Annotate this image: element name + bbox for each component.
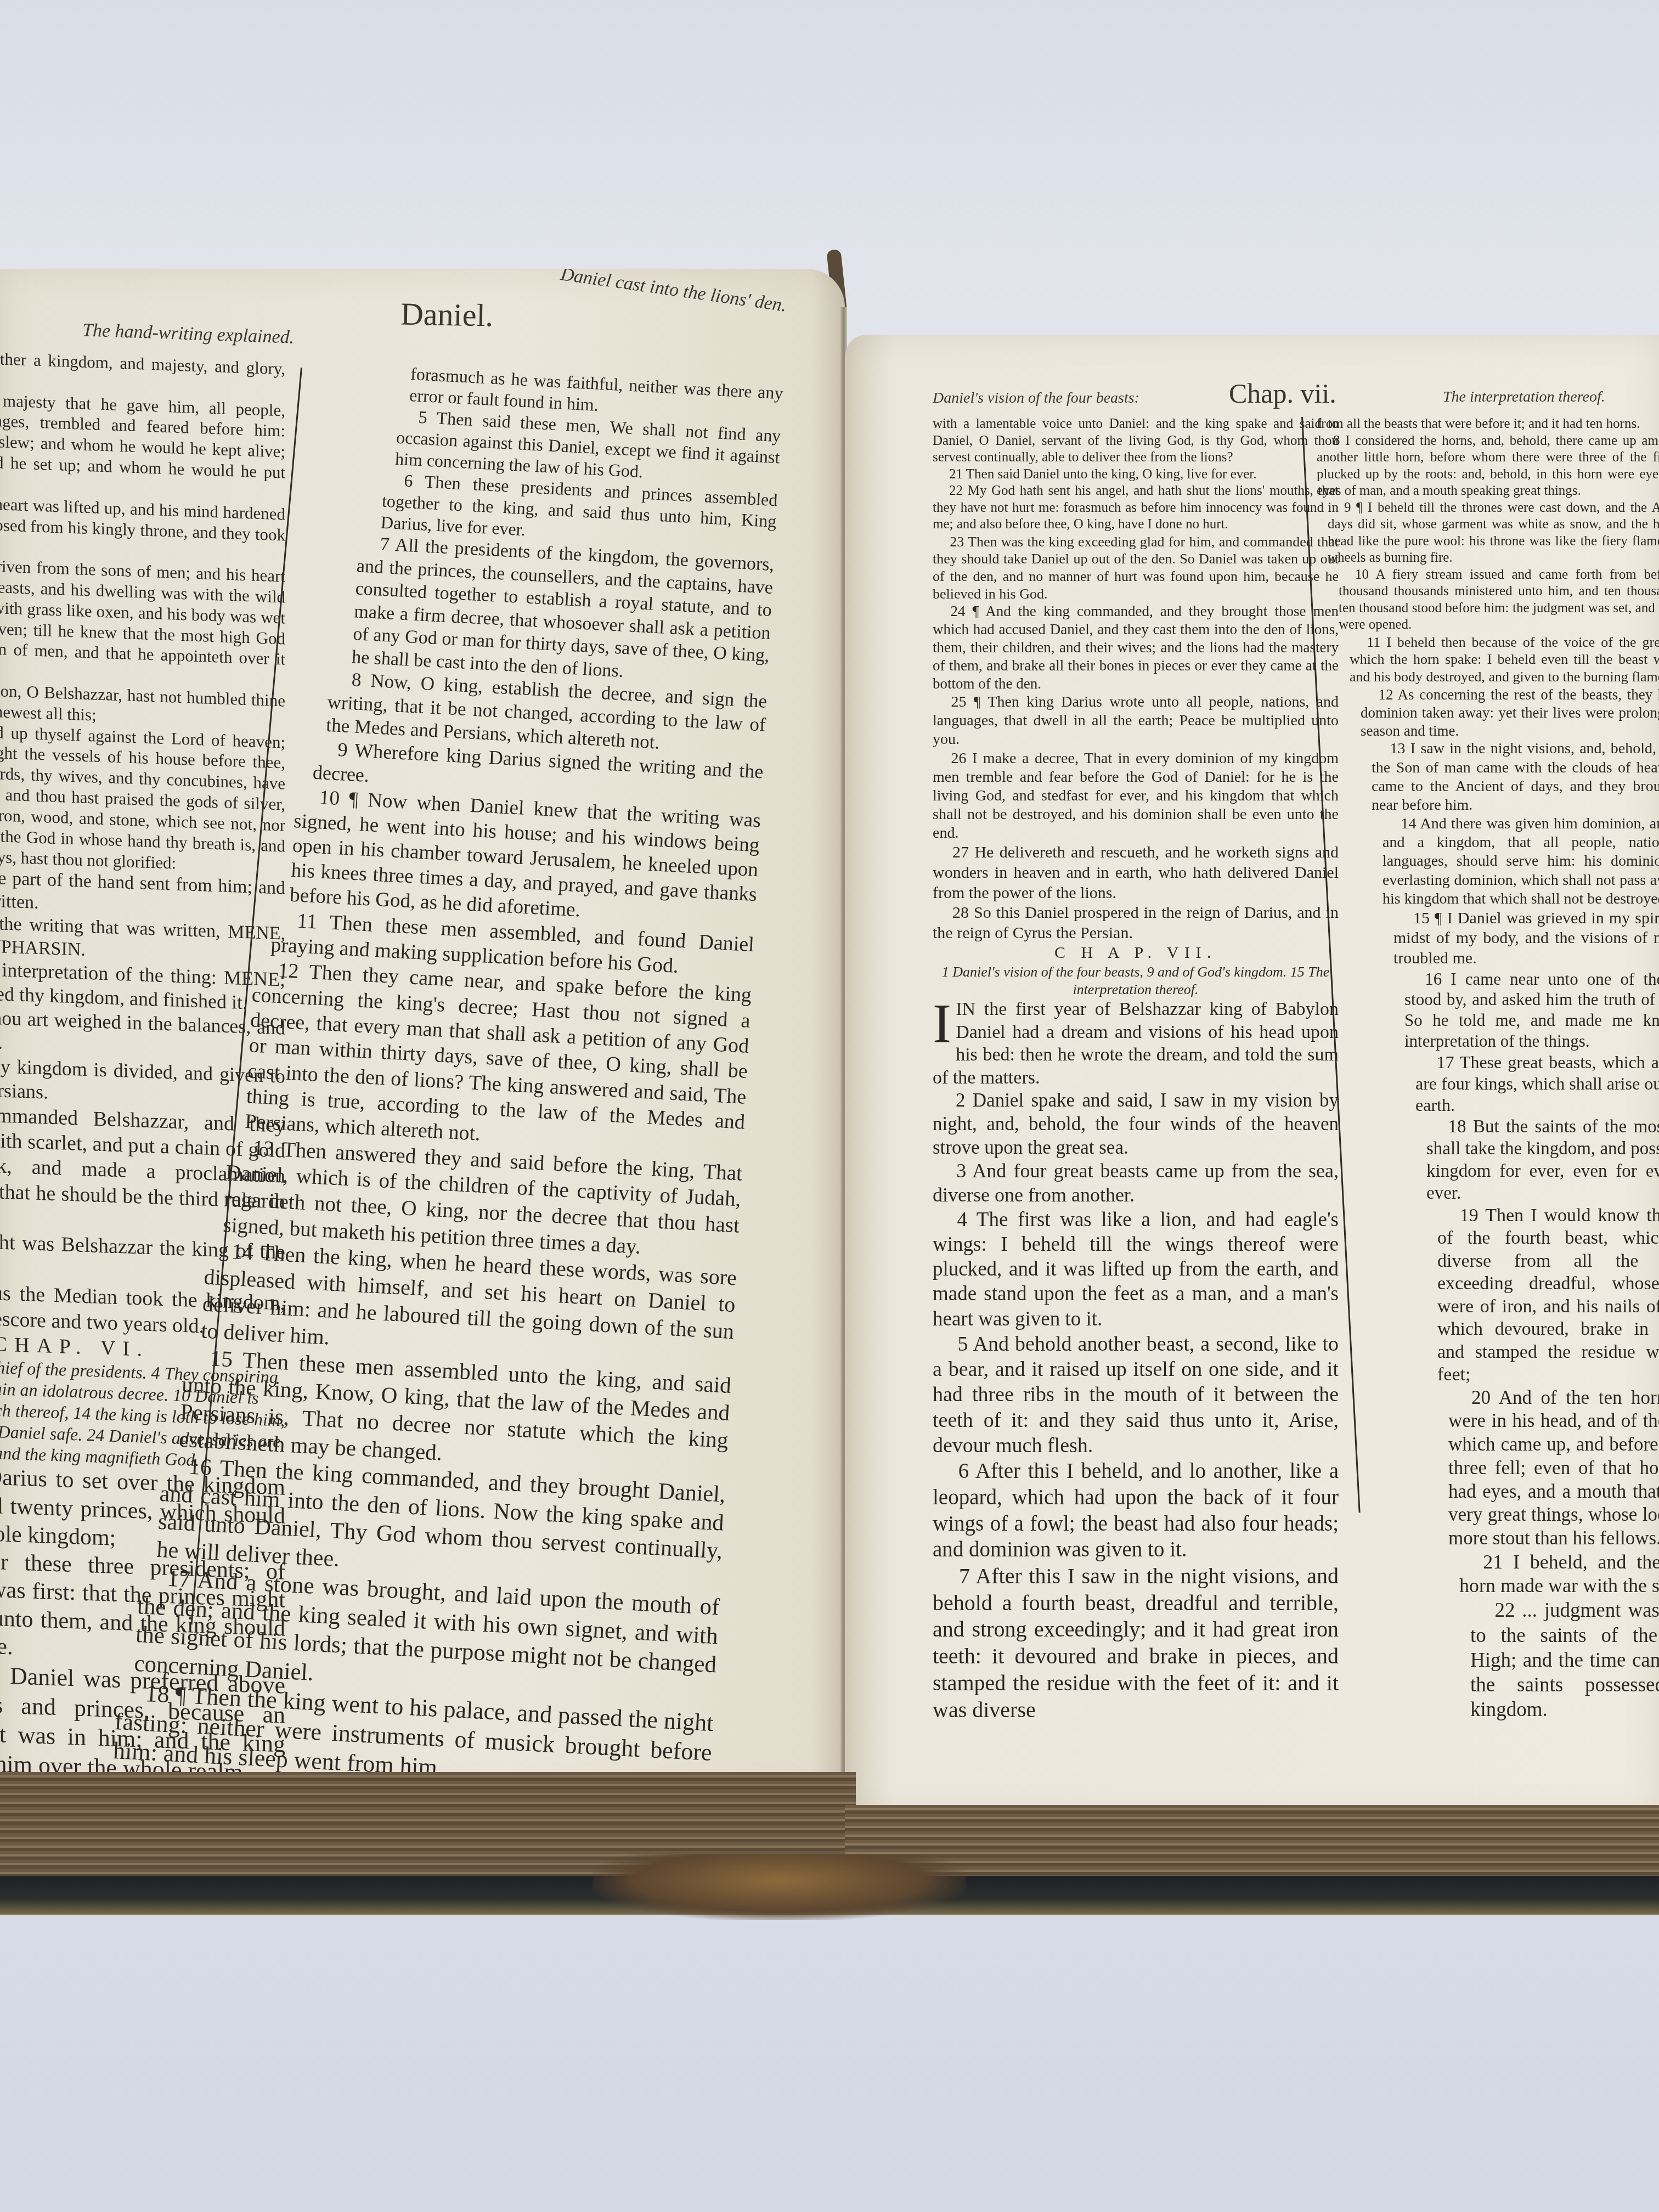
verse: 10 ¶ Now when Daniel knew that the writi…	[289, 784, 761, 932]
left-page: The hand-writing explained. Daniel. Dani…	[0, 269, 845, 1794]
verse: 20 And of the ten horns that were in his…	[1448, 1386, 1659, 1550]
verse: 16 I came near unto one of them that sto…	[1404, 969, 1659, 1052]
dropcap-I: I	[933, 1001, 951, 1048]
verse: 5 And behold another beast, a second, li…	[933, 1331, 1339, 1459]
chapter-vii-summary: 1 Daniel's vision of the four beasts, 9 …	[933, 963, 1339, 998]
verse: 21 I beheld, and the same horn made war …	[1459, 1550, 1659, 1599]
verse: 25 ¶ Then king Darius wrote unto all peo…	[933, 693, 1339, 749]
left-page-column-2: forasmuch as he was faithful, neither wa…	[100, 351, 783, 1794]
worn-spine	[592, 1854, 966, 1920]
verse: 23 Then was the king exceeding glad for …	[933, 533, 1339, 603]
photo-scene: The hand-writing explained. Daniel. Dani…	[0, 0, 1659, 2212]
verse: 10 A fiery stream issued and came forth …	[1339, 567, 1659, 634]
verse: 4 The first was like a lion, and had eag…	[933, 1207, 1339, 1331]
verse: 18 But the saints of the most High shall…	[1426, 1116, 1659, 1204]
verse: 17 These great beasts, which are four, a…	[1415, 1052, 1659, 1116]
verse: 28 So this Daniel prospered in the reign…	[933, 903, 1339, 943]
verse: 12 Then they came near, and spake before…	[244, 957, 752, 1161]
verse: 24 ¶ And the king commanded, and they br…	[933, 602, 1339, 693]
verse: IIN the first year of Belshazzar king of…	[933, 998, 1339, 1089]
right-page: Daniel's vision of the four beasts: Chap…	[845, 335, 1659, 1816]
right-page-column-2: from all the beasts that were before it;…	[1317, 416, 1659, 1722]
verse: 9 ¶ I beheld till the thrones were cast …	[1328, 500, 1659, 567]
verse: 15 ¶ I Daniel was grieved in my spirit i…	[1393, 909, 1659, 969]
verse: 12 As concerning the rest of the beasts,…	[1361, 686, 1659, 740]
verse-text: IN the first year of Belshazzar king of …	[933, 999, 1339, 1087]
right-page-block-edge	[845, 1805, 1659, 1887]
verse: 6 After this I beheld, and lo another, l…	[933, 1458, 1339, 1562]
verse: 11 I beheld then because of the voice of…	[1350, 634, 1659, 686]
verse: 3 And four great beasts came up from the…	[933, 1159, 1339, 1207]
chapter-vii-heading: C H A P. VII.	[933, 943, 1339, 963]
left-running-head-left: The hand-writing explained.	[82, 320, 294, 348]
right-running-head-left: Daniel's vision of the four beasts:	[933, 390, 1139, 407]
verse: 7 All the presidents of the kingdom, the…	[351, 532, 775, 690]
verse: 14 And there was given him dominion, and…	[1383, 815, 1659, 909]
right-running-head-right: The interpretation thereof.	[1443, 388, 1605, 406]
left-running-head-title: Daniel.	[400, 296, 493, 334]
verse: 19 Then I would know the truth of the fo…	[1437, 1204, 1659, 1386]
verse: 22 My God hath sent his angel, and hath …	[933, 483, 1339, 533]
verse: 7 After this I saw in the night visions,…	[933, 1563, 1339, 1724]
verse: 27 He delivereth and rescueth, and he wo…	[933, 843, 1339, 903]
verse: 21 Then said Daniel unto the king, O kin…	[933, 466, 1339, 483]
verse: 2 Daniel spake and said, I saw in my vis…	[933, 1089, 1339, 1159]
right-running-head-title: Chap. vii.	[1229, 377, 1336, 409]
verse: 22 ... judgment was given to the saints …	[1470, 1598, 1659, 1722]
verse: 13 I saw in the night visions, and, beho…	[1372, 740, 1659, 815]
right-page-column-1: with a lamentable voice unto Daniel: and…	[933, 416, 1339, 1724]
verse: 26 I make a decree, That in every domini…	[933, 749, 1339, 843]
verse: from all the beasts that were before it;…	[1317, 416, 1659, 433]
verse: with a lamentable voice unto Daniel: and…	[933, 416, 1339, 466]
left-running-head-right: Daniel cast into the lions' den.	[559, 269, 787, 317]
verse: 8 I considered the horns, and, behold, t…	[1317, 433, 1659, 500]
